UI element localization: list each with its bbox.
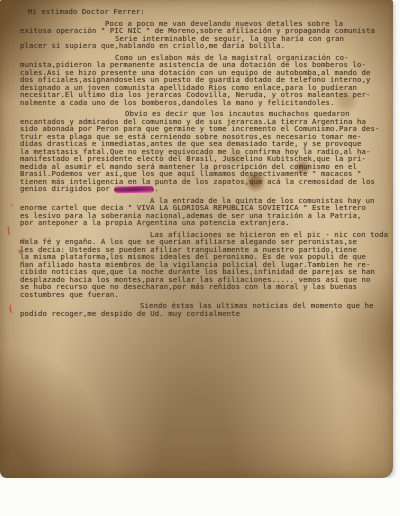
letter-line: costumbres que fueran. (20, 291, 386, 299)
letter-line: genios dirigidos por . (20, 185, 386, 193)
red-margin-mark: * (20, 239, 27, 249)
pink-redaction-blot (114, 185, 154, 193)
paragraph: Mi estimado Doctor Ferrer: (20, 8, 386, 16)
letter-body: Mi estimado Doctor Ferrer:Poco a poco me… (20, 8, 386, 321)
paragraph: Como un eslabon más de la magistral orga… (20, 54, 386, 107)
paragraph: A la entrada de la quinta de los comunis… (20, 197, 386, 227)
paragraph: Poco a poco me van develando nuevos deta… (20, 20, 386, 50)
red-margin-mark: · (8, 202, 15, 212)
paragraph: Las afiliaciones se hicieron en el pic -… (20, 231, 386, 299)
letter-line-text: punta de los zapatos,que acá la cremosid… (150, 177, 375, 186)
letter-line: placer si supiera que,hablando en crioll… (20, 42, 386, 50)
letter-line: por anteponer a la propia Argentina una … (20, 219, 386, 227)
scan-white-margin (0, 478, 400, 516)
letter-line-text: genios dirigidos por (20, 184, 114, 193)
red-margin-mark: ( (7, 306, 14, 316)
red-margin-mark: * (17, 250, 24, 260)
letter-line-text: . (154, 184, 159, 193)
scanned-letter-paper: Mi estimado Doctor Ferrer:Poco a poco me… (0, 0, 393, 478)
letter-line: podido recoger,me despido de Ud. muy cor… (20, 310, 386, 318)
page-background: { "letter": { "paragraphs": [ { "lines":… (0, 0, 400, 516)
paragraph: Obvio es decir que los incautos muchacho… (20, 110, 386, 193)
paragraph: Siendo éstas las ultimas noticias del mo… (20, 302, 386, 317)
letter-line: Mi estimado Doctor Ferrer: (28, 8, 386, 16)
letter-line: nalmente a cada uno de los bomberos,dand… (20, 99, 386, 107)
red-margin-mark: | (5, 227, 12, 237)
red-margin-mark: ' (20, 261, 27, 271)
